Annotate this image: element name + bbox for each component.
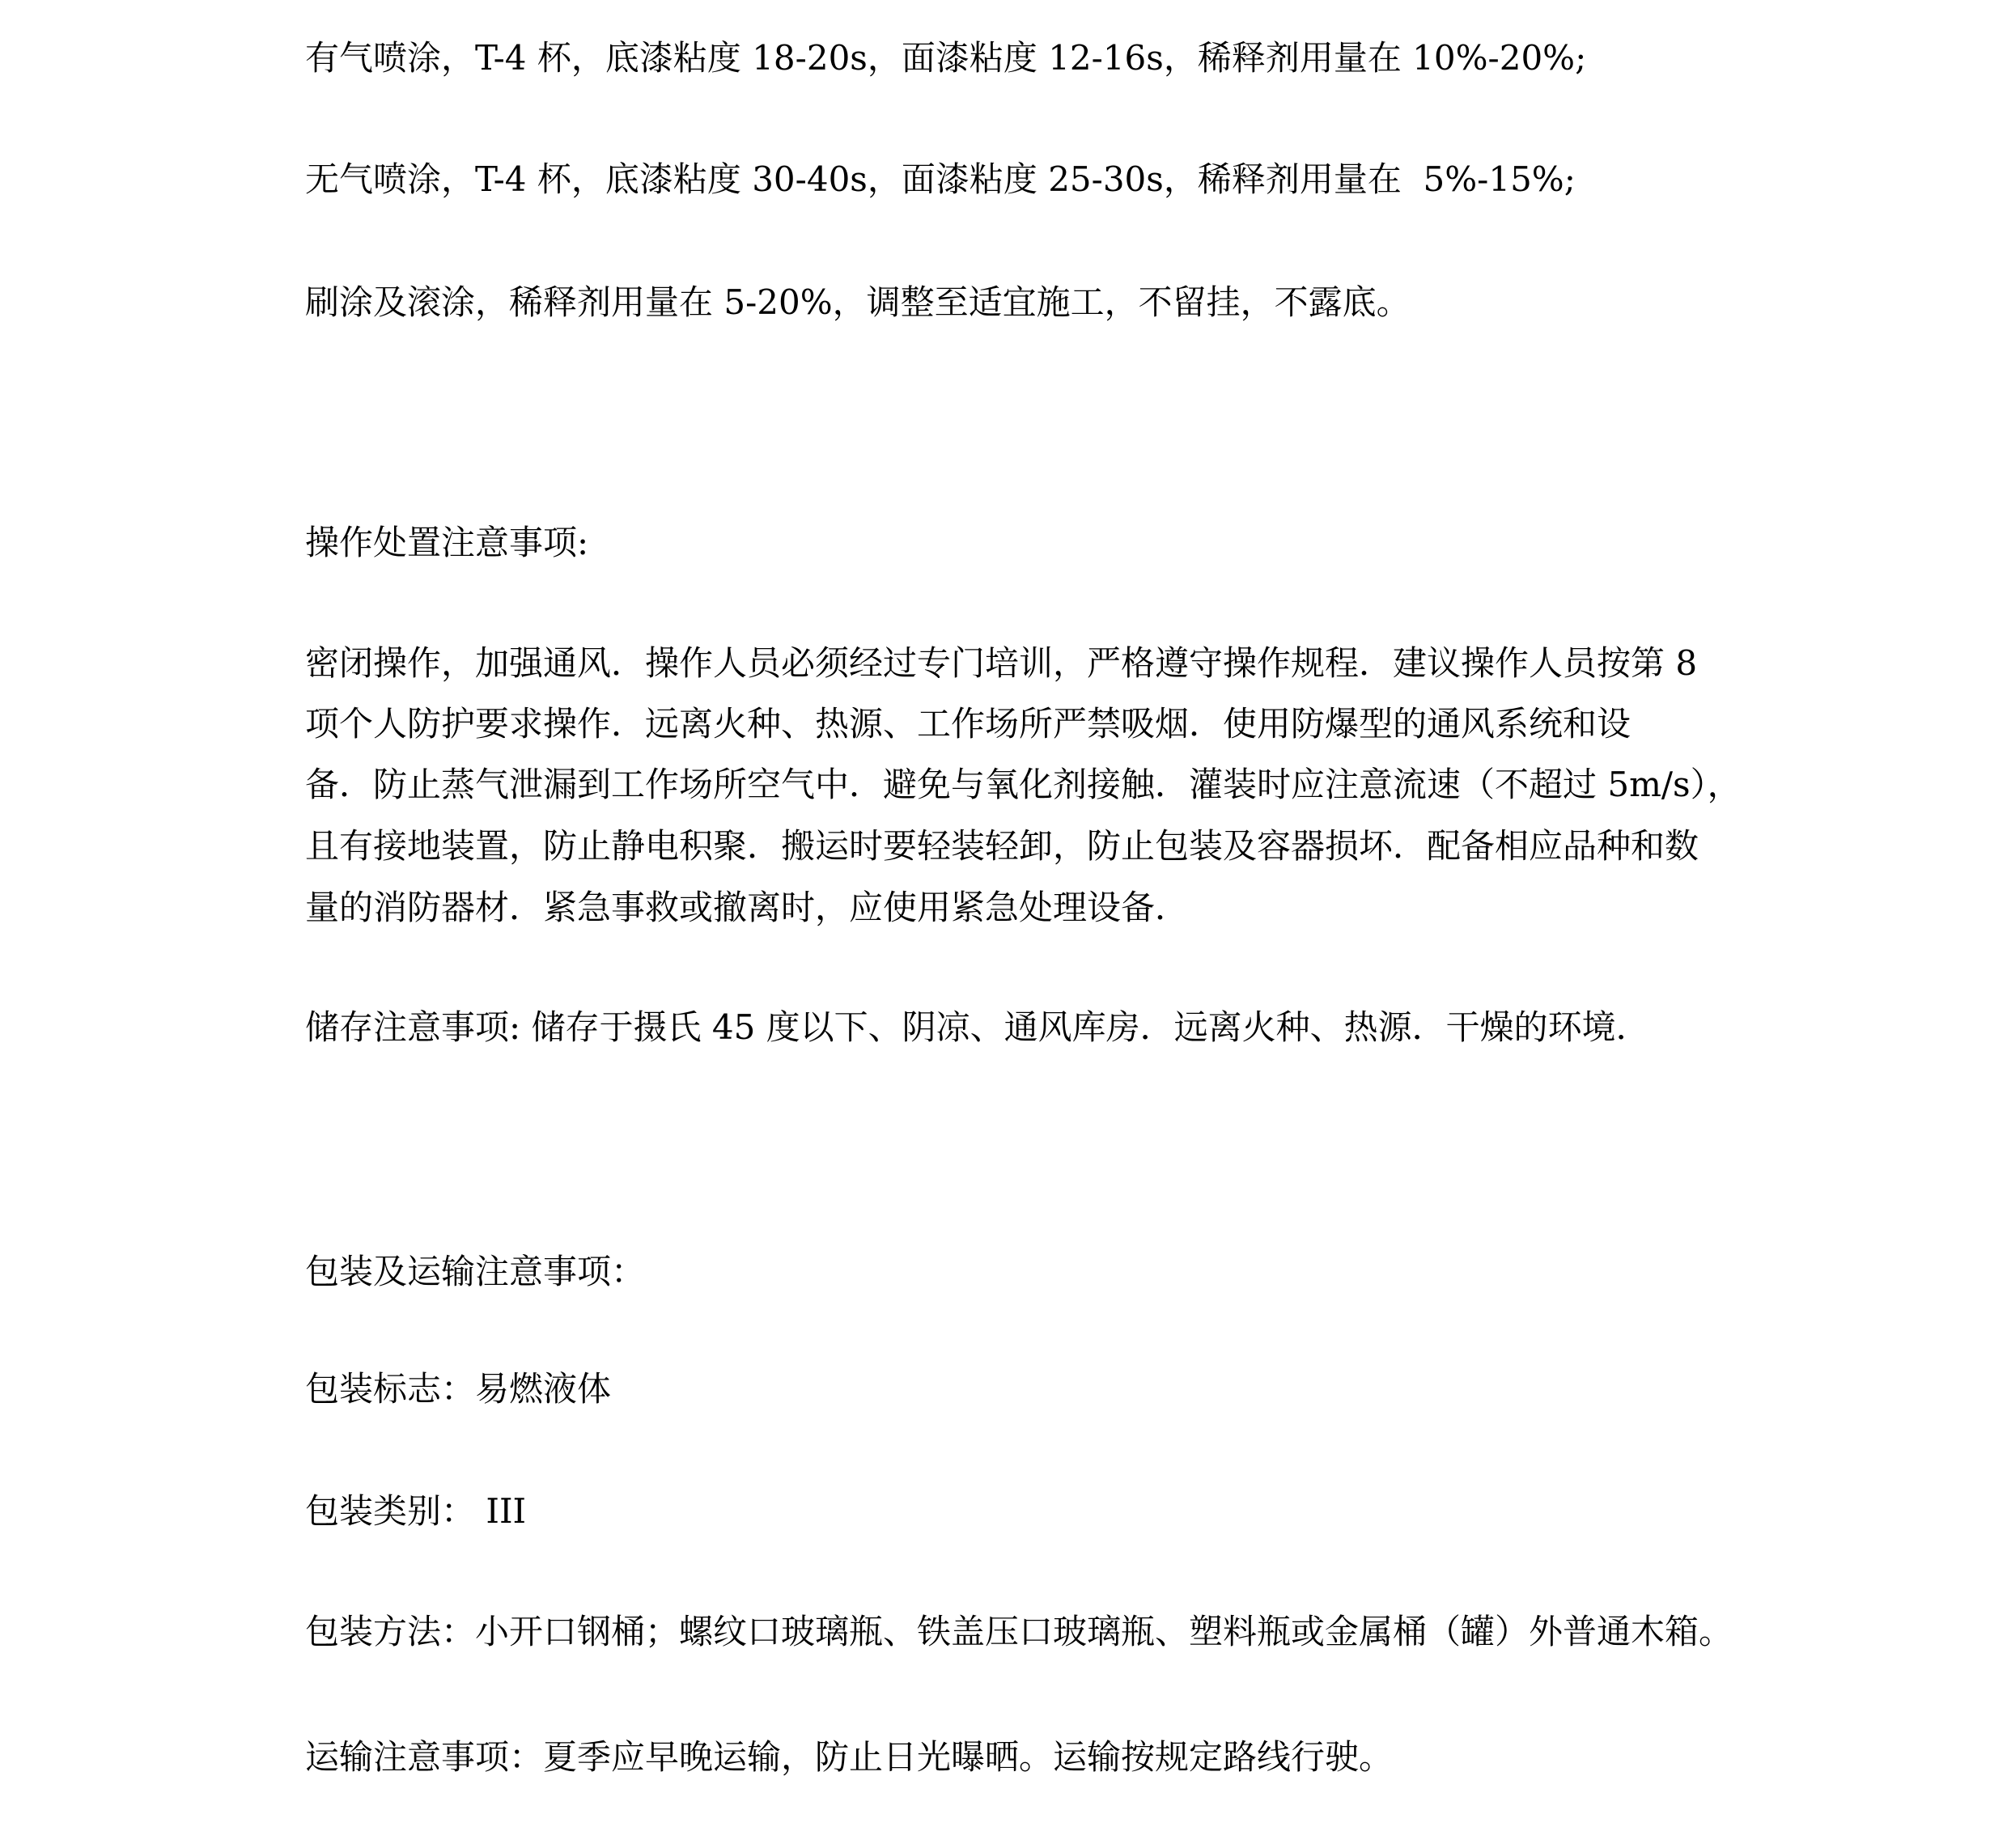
packaging-category: 包装类别： III [305, 1491, 526, 1532]
application-method-air-spray: 有气喷涂，T-4 杯，底漆粘度 18-20s，面漆粘度 12-16s，稀释剂用量… [305, 38, 1586, 78]
handling-paragraph-line: 密闭操作，加强通风．操作人员必须经过专门培训，严格遵守操作规程．建议操作人员按第… [305, 643, 1697, 684]
handling-paragraph-line: 量的消防器材．紧急事救或撤离时，应使用紧急处理设备． [305, 888, 1189, 928]
application-method-airless-spray: 无气喷涂，T-4 杯，底漆粘度 30-40s，面漆粘度 25-30s，稀释剂用量… [305, 159, 1576, 200]
packaging-method: 包装方法：小开口钢桶；螺纹口玻璃瓶、铁盖压口玻璃瓶、塑料瓶或金属桶（罐）外普通木… [305, 1612, 1733, 1652]
storage-precautions: 储存注意事项: 储存于摄氏 45 度以下、阴凉、通风库房．远离火种、热源．干燥的… [305, 1007, 1650, 1048]
handling-paragraph-line: 备．防止蒸气泄漏到工作场所空气中．避免与氧化剂接触．灌装时应注意流速（不超过 5… [305, 765, 1742, 805]
handling-paragraph-line: 项个人防护要求操作．远离火种、热源、工作场所严禁吸烟．使用防爆型的通风系统和设 [305, 704, 1631, 744]
application-method-brush-roll: 刷涂及滚涂，稀释剂用量在 5-20%，调整至适宜施工，不留挂，不露底。 [305, 282, 1411, 323]
transport-precautions: 运输注意事项：夏季应早晚运输，防止日光曝晒。运输按规定路线行驶。 [305, 1737, 1393, 1778]
document-page: 有气喷涂，T-4 杯，底漆粘度 18-20s，面漆粘度 12-16s，稀释剂用量… [0, 0, 2007, 1848]
packaging-label: 包装标志：易燃液体 [305, 1369, 611, 1409]
handling-heading: 操作处置注意事项: [305, 523, 588, 563]
packaging-transport-heading: 包装及运输注意事项： [305, 1252, 645, 1292]
handling-paragraph-line: 且有接地装置，防止静电积聚．搬运时要轻装轻卸，防止包装及容器损坏．配备相应品种和… [305, 826, 1699, 867]
